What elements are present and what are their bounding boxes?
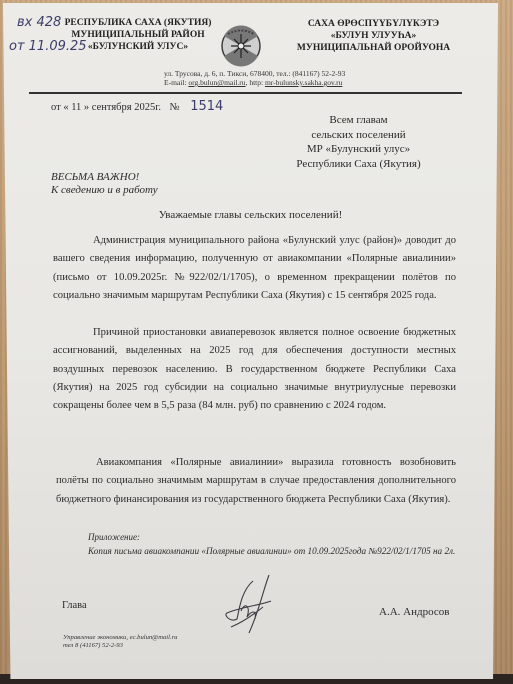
signature-scribble-icon bbox=[211, 571, 291, 641]
paragraph-2: Причиной приостановки авиаперевозок явля… bbox=[53, 324, 456, 415]
attachment-label: Приложение: bbox=[88, 532, 140, 542]
coat-of-arms-icon bbox=[220, 25, 262, 67]
handwritten-outgoing-number: 1514 bbox=[190, 99, 223, 114]
letterhead-right-line: «БУЛУН УЛУУҺА» bbox=[286, 30, 461, 42]
urgent-label: ВЕСЬМА ВАЖНО! bbox=[51, 171, 158, 184]
paragraph-3: Авиакомпания «Полярные авиалинии» вырази… bbox=[56, 454, 456, 509]
letter-date: от « 11 » сентября 2025г. bbox=[51, 102, 161, 113]
letterhead-divider bbox=[29, 92, 462, 94]
email-link[interactable]: org.bulun@mail.ru bbox=[188, 78, 245, 87]
letterhead-left-line: РЕСПУБЛИКА САХА (ЯКУТИЯ) bbox=[63, 17, 213, 29]
addressee-line: Республики Саха (Якутия) bbox=[271, 157, 446, 172]
date-line: от « 11 » сентября 2025г. № 1514 bbox=[51, 99, 223, 114]
signatory-name: А.А. Андросов bbox=[379, 606, 449, 618]
instruction-label: К сведению и в работу bbox=[51, 184, 158, 197]
letterhead-right-line: САХА ӨРӨСПҮҮБҮЛҮКЭТЭ bbox=[286, 18, 461, 30]
postal-address: ул. Трусова, д. 6, п. Тикси, 678400, тел… bbox=[164, 69, 464, 78]
salutation: Уважаемые главы сельских поселений! bbox=[3, 209, 498, 221]
addressee-line: сельских поселений bbox=[271, 128, 446, 143]
contact-links: E-mail: org.bulun@mail.ru, http: mr-bulu… bbox=[164, 78, 464, 87]
executor-block: Управление экономики, ec.bulun@mail.ru т… bbox=[63, 634, 177, 650]
website-link[interactable]: mr-bulunsky.sakha.gov.ru bbox=[265, 78, 342, 87]
addressee-block: Всем главам сельских поселений МР «Булун… bbox=[271, 113, 446, 171]
notice-block: ВЕСЬМА ВАЖНО! К сведению и в работу bbox=[51, 171, 158, 197]
paragraph-1: Администрация муниципального района «Бул… bbox=[53, 232, 456, 305]
letter-page: вх 428 от 11.09.25 РЕСПУБЛИКА САХА (ЯКУТ… bbox=[3, 3, 498, 679]
executor-phone: тел 8 (41167) 52-2-93 bbox=[63, 642, 177, 650]
letterhead-left-line: «БУЛУНСКИЙ УЛУС» bbox=[63, 41, 213, 53]
signature-title: Глава bbox=[62, 600, 87, 611]
http-label: , http: bbox=[246, 78, 264, 87]
executor-dept: Управление экономики, ec.bulun@mail.ru bbox=[63, 634, 177, 642]
letterhead-right: САХА ӨРӨСПҮҮБҮЛҮКЭТЭ «БУЛУН УЛУУҺА» МУНИ… bbox=[286, 18, 461, 54]
addressee-line: МР «Булунский улус» bbox=[271, 142, 446, 157]
email-label: E-mail: bbox=[164, 78, 187, 87]
contact-block: ул. Трусова, д. 6, п. Тикси, 678400, тел… bbox=[164, 69, 464, 87]
attachment-text: Копия письма авиакомпании «Полярные авиа… bbox=[56, 546, 456, 557]
letterhead-left-line: МУНИЦИПАЛЬНЫЙ РАЙОН bbox=[63, 29, 213, 41]
number-sign: № bbox=[170, 102, 180, 113]
addressee-line: Всем главам bbox=[271, 113, 446, 128]
handwritten-incoming-number: вх 428 bbox=[17, 15, 61, 30]
letterhead-right-line: МУНИЦИПАЛЬНАЙ ОРОЙУОНА bbox=[286, 42, 461, 54]
letterhead-left: РЕСПУБЛИКА САХА (ЯКУТИЯ) МУНИЦИПАЛЬНЫЙ Р… bbox=[63, 17, 213, 53]
